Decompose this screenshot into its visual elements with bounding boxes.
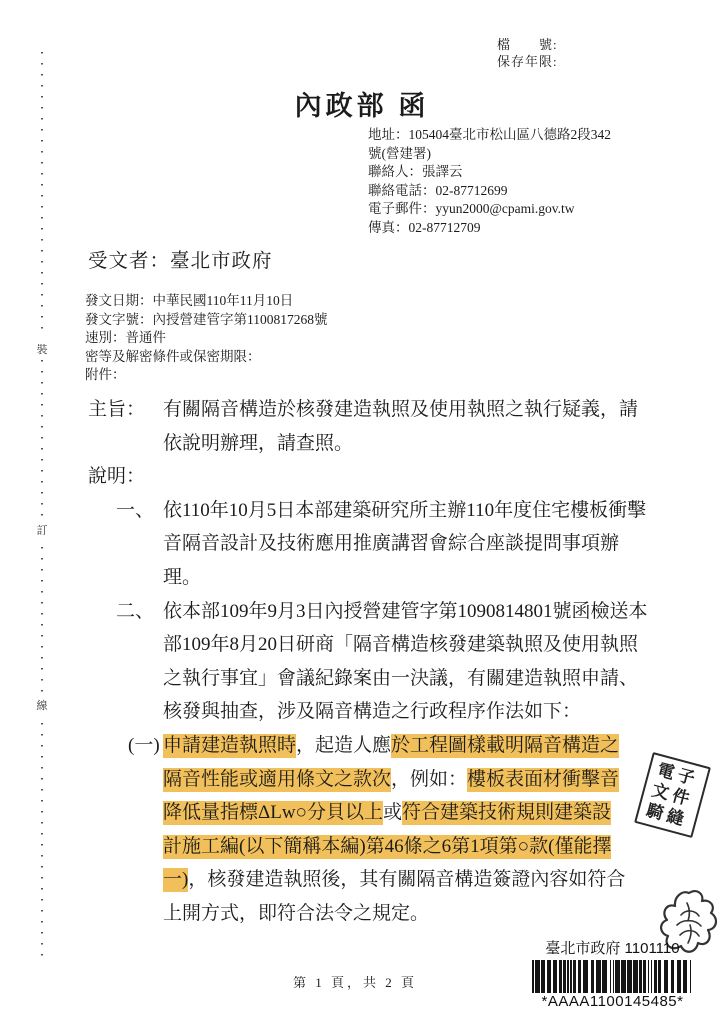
- highlighted-text: 於工程圖樣載明隔音構造之: [391, 734, 619, 758]
- binding-mark: 線: [36, 694, 48, 716]
- paragraph-label: 一、: [116, 494, 154, 528]
- retention-label: 保存年限:: [497, 53, 558, 70]
- plain-text: 核發與抽查，涉及隔音構造之行政程序作法如下：: [163, 701, 581, 722]
- text-line: 電子郵件：yyun2000@cpami.gov.tw: [368, 200, 611, 219]
- text-line: 申請建造執照時，起造人應於工程圖樣載明隔音構造之: [163, 729, 654, 763]
- plain-text: 上開方式，即符合法令之規定。: [163, 903, 429, 924]
- text-line: 隔音性能或適用條文之款次，例如：樓板表面材衝擊音: [163, 763, 654, 797]
- text-line: 密等及解密條件或保密期限：: [85, 348, 328, 367]
- barcode-block: 臺北市政府 1101110 *AAAA1100145485*: [510, 937, 715, 1010]
- text-line: 理。: [163, 561, 654, 595]
- barcode-value: *AAAA1100145485*: [510, 993, 715, 1010]
- binding-mark: 裝: [36, 338, 48, 360]
- text-line: 核發與抽查，涉及隔音構造之行政程序作法如下：: [163, 695, 654, 729]
- text-line: 聯絡人：張譯云: [368, 163, 611, 182]
- plain-text: 有關隔音構造於核發建造執照及使用執照之執行疑義，請: [163, 399, 638, 420]
- plain-text: 或: [383, 802, 402, 823]
- body-text: 主旨：有關隔音構造於核發建造執照及使用執照之執行疑義，請依說明辦理，請查照。說明…: [88, 393, 654, 931]
- text-line: 計施工編(以下簡稱本編)第46條之6第1項第○款(僅能擇: [163, 830, 654, 864]
- electronic-exchange-stamp: 電子文件騎縫: [653, 752, 724, 862]
- barcode-bars: [510, 960, 715, 993]
- plain-text: ，核發建造執照後，其有關隔音構造簽證內容如符合: [188, 869, 625, 890]
- text-line: 上開方式，即符合法令之規定。: [163, 897, 654, 931]
- document-page: { "colors": { "highlight": "#f2c05a", "i…: [0, 0, 724, 1024]
- text-line: 一)，核發建造執照後，其有關隔音構造簽證內容如符合: [163, 863, 654, 897]
- plain-text: 依說明辦理，請查照。: [163, 433, 353, 454]
- highlighted-text: 隔音性能或適用條文之款次: [163, 768, 391, 792]
- paragraph: (一)申請建造執照時，起造人應於工程圖樣載明隔音構造之隔音性能或適用條文之款次，…: [88, 729, 654, 931]
- binding-dotted-line: 裝訂線: [41, 52, 43, 960]
- highlighted-text: 樓板表面材衝擊音: [467, 768, 619, 792]
- paragraph-label: (一): [128, 729, 160, 763]
- recipient-line: 受文者：臺北市政府: [88, 245, 273, 273]
- text-line: 音隔音設計及技術應用推廣講習會綜合座談提問事項辦: [163, 527, 654, 561]
- text-line: 號(營建署): [368, 145, 611, 164]
- plain-text: 部109年8月20日研商「隔音構造核發建築執照及使用執照: [163, 634, 638, 655]
- text-line: 地址：105404臺北市松山區八德路2段342: [368, 126, 611, 145]
- plain-text: 之執行事宜」會議紀錄案由一決議，有關建造執照申請、: [163, 668, 638, 689]
- highlighted-text: 符合建築技術規則建築設: [402, 801, 611, 825]
- paragraph: 一、依110年10月5日本部建築研究所主辦110年度住宅樓板衝擊音隔音設計及技術…: [88, 494, 654, 595]
- paragraph: 二、依本部109年9月3日內授營建管字第1090814801號函檢送本部109年…: [88, 595, 654, 729]
- page-number: 第 1 頁，共 2 頁: [293, 972, 417, 991]
- text-line: 有關隔音構造於核發建造執照及使用執照之執行疑義，請: [163, 393, 654, 427]
- plain-text: 理。: [163, 567, 201, 588]
- barcode-gap: [691, 960, 692, 993]
- text-line: 依110年10月5日本部建築研究所主辦110年度住宅樓板衝擊: [163, 494, 654, 528]
- file-number-block: 檔 號: 保存年限:: [497, 36, 558, 70]
- paragraph-lines: 依110年10月5日本部建築研究所主辦110年度住宅樓板衝擊音隔音設計及技術應用…: [163, 494, 654, 595]
- plain-text: 依110年10月5日本部建築研究所主辦110年度住宅樓板衝擊: [163, 500, 646, 521]
- text-line: 降低量指標ΔLw○分貝以上或符合建築技術規則建築設: [163, 796, 654, 830]
- text-line: 發文字號：內授營建管字第1100817268號: [85, 311, 328, 330]
- barcode-label: 臺北市政府 1101110: [510, 937, 715, 958]
- text-line: 速別：普通件: [85, 329, 328, 348]
- paragraph-lines: 依本部109年9月3日內授營建管字第1090814801號函檢送本部109年8月…: [163, 595, 654, 729]
- highlighted-text: 申請建造執照時: [163, 734, 296, 758]
- highlighted-text: 降低量指標ΔLw○分貝以上: [163, 801, 383, 825]
- paragraph-lines: 申請建造執照時，起造人應於工程圖樣載明隔音構造之隔音性能或適用條文之款次，例如：…: [163, 729, 654, 931]
- sender-info-block: 地址：105404臺北市松山區八德路2段342號(營建署)聯絡人：張譯云聯絡電話…: [368, 126, 611, 238]
- file-no-label: 檔 號:: [497, 36, 558, 53]
- highlighted-text: 計施工編(以下簡稱本編)第46條之6第1項第○款(僅能擇: [163, 835, 611, 859]
- document-meta-block: 發文日期：中華民國110年11月10日發文字號：內授營建管字第110081726…: [85, 292, 328, 385]
- paragraph: 說明：: [88, 460, 654, 494]
- highlighted-text: 一): [163, 868, 188, 892]
- paragraph-label: 說明：: [88, 460, 145, 494]
- text-line: 附件：: [85, 366, 328, 385]
- plain-text: ，起造人應: [296, 735, 391, 756]
- paragraph-label: 二、: [116, 595, 154, 629]
- text-line: 之執行事宜」會議紀錄案由一決議，有關建造執照申請、: [163, 662, 654, 696]
- page-title: 內政部 函: [0, 84, 724, 123]
- binding-mark: 訂: [36, 519, 48, 541]
- text-line: 聯絡電話：02-87712699: [368, 182, 611, 201]
- text-line: 部109年8月20日研商「隔音構造核發建築執照及使用執照: [163, 628, 654, 662]
- paragraph: 主旨：有關隔音構造於核發建造執照及使用執照之執行疑義，請依說明辦理，請查照。: [88, 393, 654, 460]
- plain-text: ，例如：: [391, 769, 467, 790]
- text-line: 傳真：02-87712709: [368, 219, 611, 238]
- paragraph-label: 主旨：: [88, 393, 145, 427]
- paragraph-lines: 有關隔音構造於核發建造執照及使用執照之執行疑義，請依說明辦理，請查照。: [163, 393, 654, 460]
- text-line: 依本部109年9月3日內授營建管字第1090814801號函檢送本: [163, 595, 654, 629]
- text-line: 依說明辦理，請查照。: [163, 427, 654, 461]
- plain-text: 依本部109年9月3日內授營建管字第1090814801號函檢送本: [163, 601, 648, 622]
- plain-text: 音隔音設計及技術應用推廣講習會綜合座談提問事項辦: [163, 533, 619, 554]
- text-line: 發文日期：中華民國110年11月10日: [85, 292, 328, 311]
